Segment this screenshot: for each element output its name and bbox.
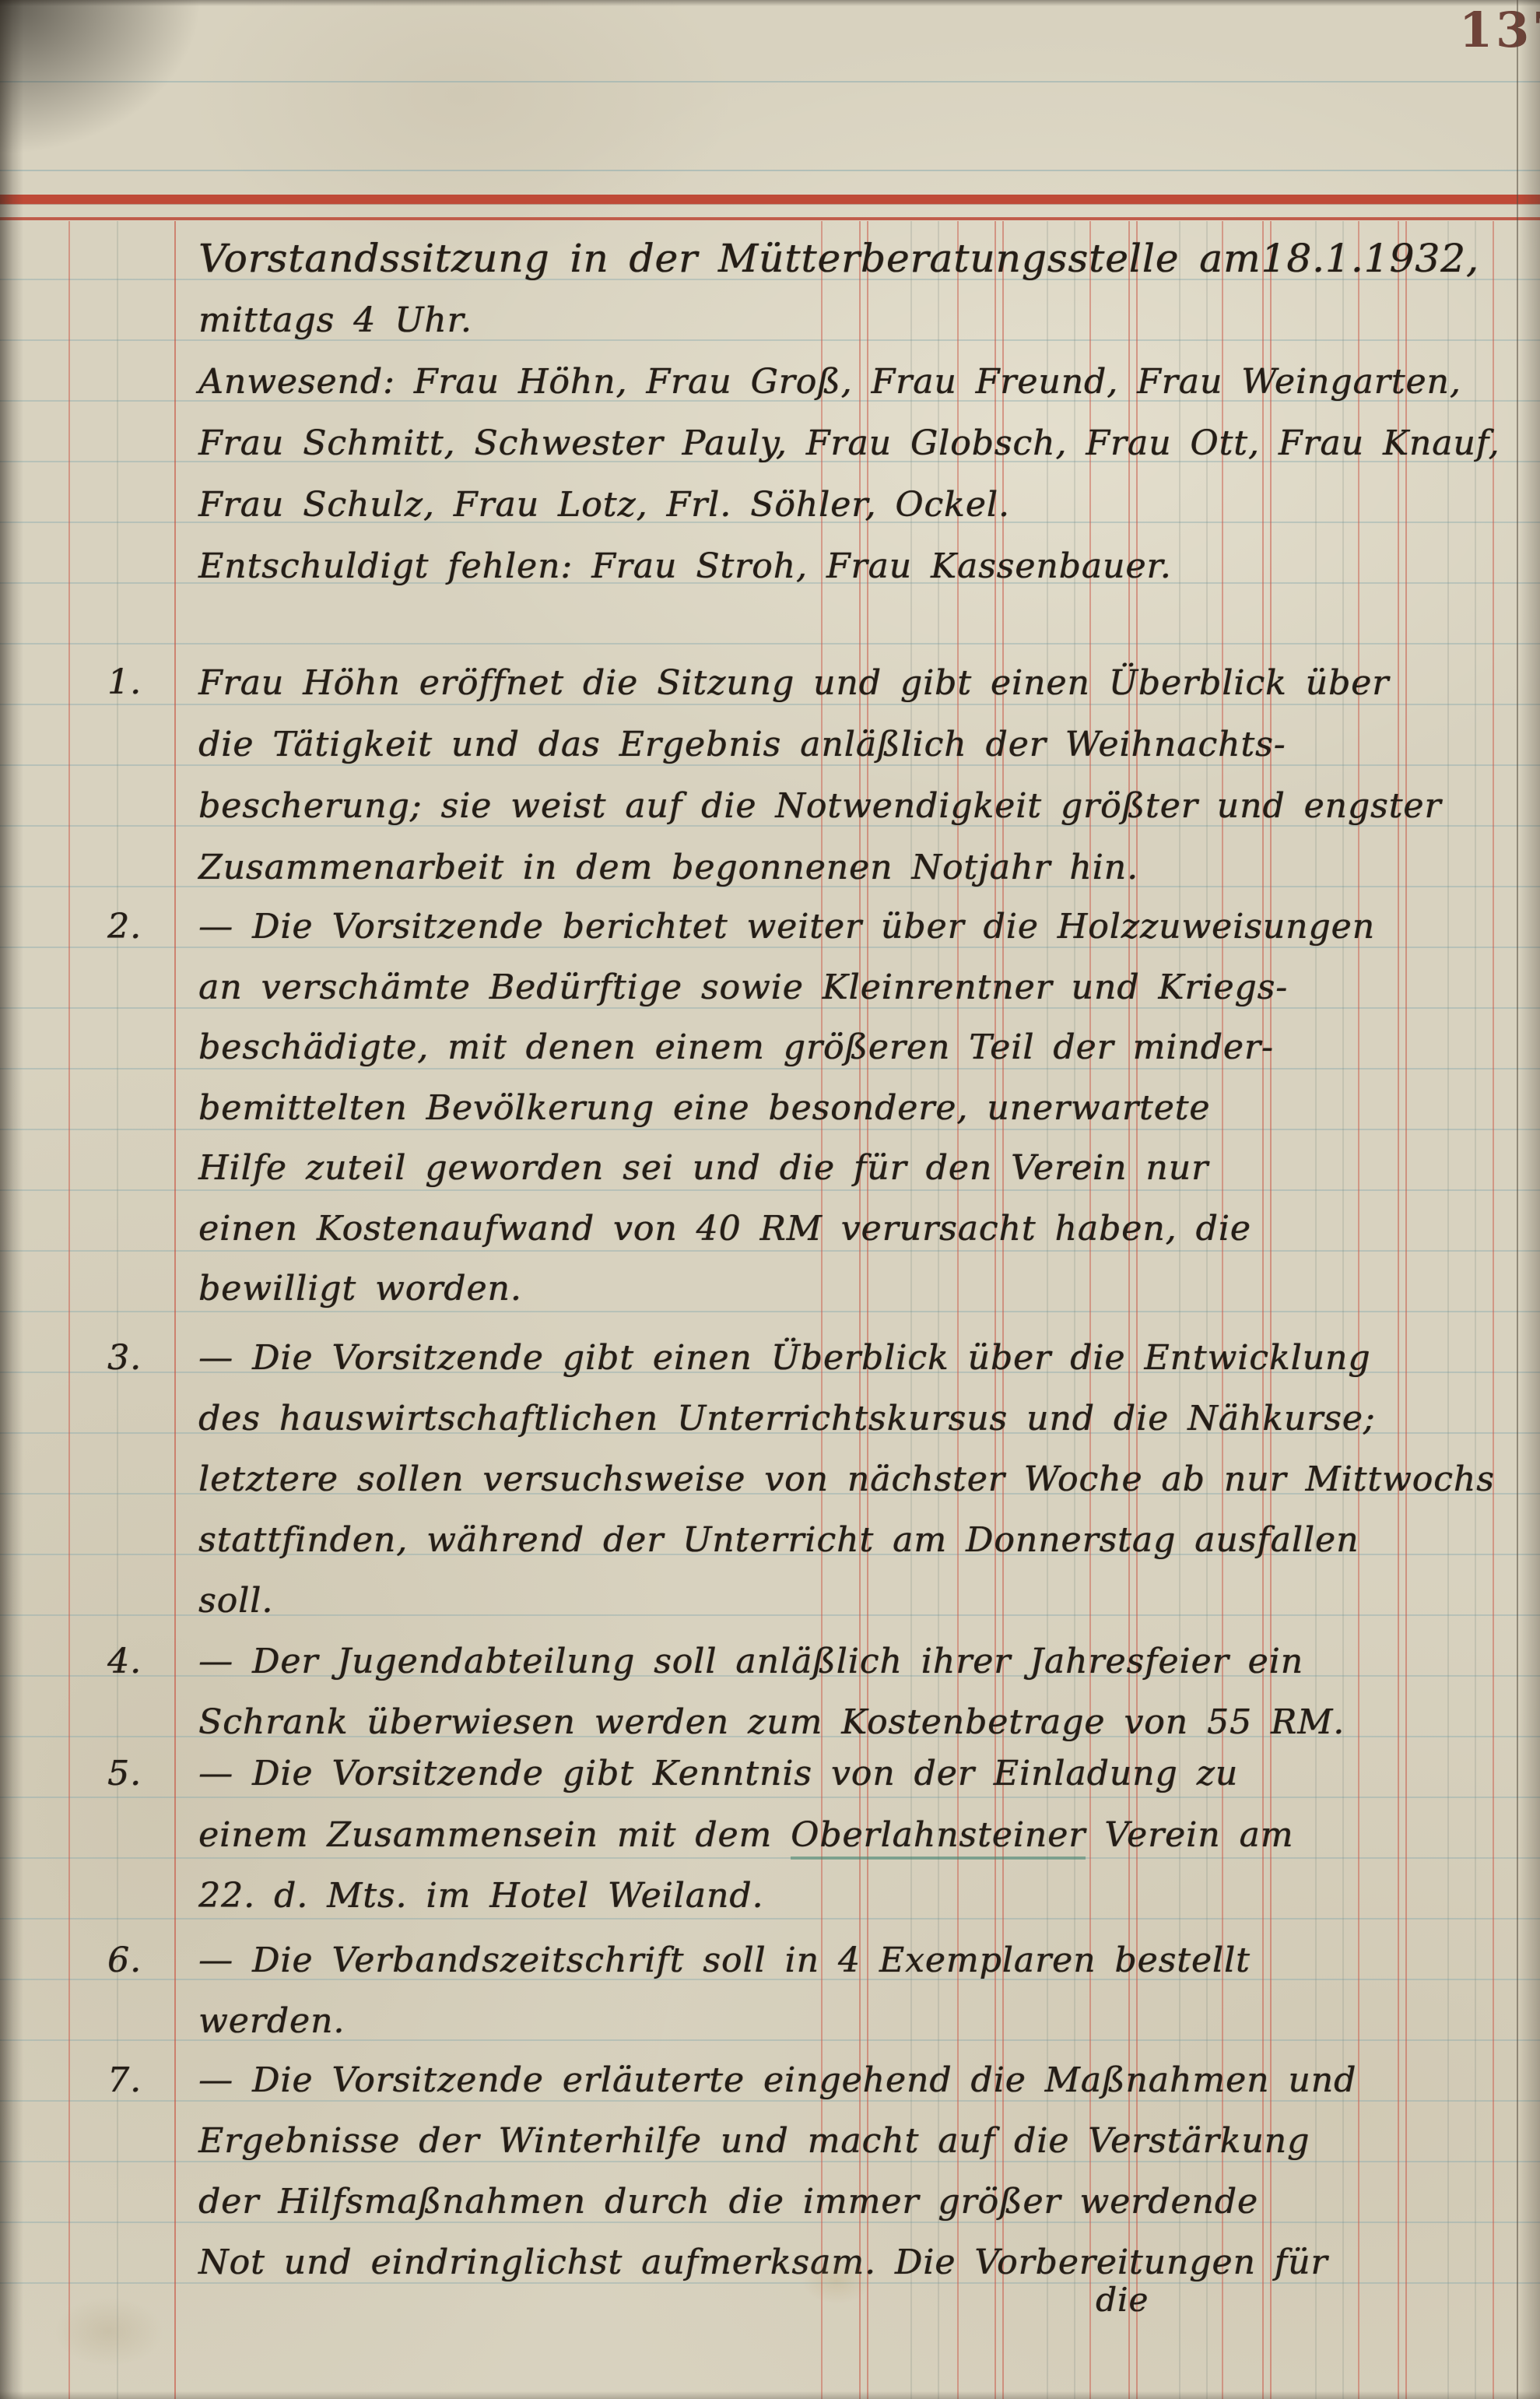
minute-item-7: 7. — Die Vorsitzende erläuterte eingehen… (86, 2050, 1533, 2293)
excused-line: Entschuldigt fehlen: Frau Stroh, Frau Ka… (198, 536, 1521, 597)
binding-edge-shadow (0, 0, 23, 2399)
catchword: die (1096, 2281, 1149, 2319)
ruled-line (0, 81, 1540, 83)
attendees-line: Anwesend: Frau Höhn, Frau Groß, Frau Fre… (198, 351, 1521, 413)
handwritten-line: — Der Jugendabteilung soll anläßlich ihr… (198, 1632, 1533, 1692)
minute-item-5: 5. — Die Vorsitzende gibt Kenntnis von d… (86, 1744, 1533, 1927)
handwritten-line: beschädigte, mit denen einem größeren Te… (198, 1017, 1533, 1078)
minute-item-2: 2. — Die Vorsitzende berichtet weiter üb… (86, 897, 1533, 1319)
handwritten-line: der Hilfsmaßnahmen durch die immer größe… (198, 2172, 1533, 2232)
handwritten-line: soll. (198, 1571, 1533, 1632)
attendees-line: Frau Schulz, Frau Lotz, Frl. Söhler, Ock… (198, 474, 1521, 536)
handwritten-line: bewilligt worden. (198, 1259, 1533, 1319)
paper-stain (54, 2296, 163, 2366)
scanned-ledger-page: 137 Vorstandssitzung in der Mütterberatu… (0, 0, 1540, 2399)
handwritten-line: bemittelten Bevölkerung eine besondere, … (198, 1078, 1533, 1139)
underlined-word: Oberlahnsteiner (791, 1815, 1086, 1860)
item-number: 5. (93, 1744, 156, 1804)
item-number: 7. (93, 2050, 156, 2111)
page-corner-shadow (0, 0, 202, 156)
minute-item-1: 1. Frau Höhn eröffnet die Sitzung und gi… (86, 652, 1533, 898)
item-number: 4. (93, 1632, 156, 1692)
margin-rule (68, 221, 70, 2399)
line-text: Verein am (1086, 1815, 1293, 1855)
minute-item-3: 3. — Die Vorsitzende gibt einen Überblic… (86, 1328, 1533, 1632)
handwritten-line: stattfinden, während der Unterricht am D… (198, 1510, 1533, 1571)
line-text: einem Zusammensein mit dem (198, 1815, 791, 1855)
header-line: mittags 4 Uhr. (198, 290, 1521, 351)
handwritten-line: Ergebnisse der Winterhilfe und macht auf… (198, 2111, 1533, 2172)
page-edge-bottom (0, 2391, 1540, 2399)
session-title: Vorstandssitzung in der Mütterberatungss… (198, 228, 1261, 290)
handwritten-line: einen Kostenaufwand von 40 RM verursacht… (198, 1199, 1533, 1259)
handwritten-line: einem Zusammensein mit dem Oberlahnstein… (198, 1805, 1533, 1867)
item-number: 1. (93, 652, 156, 713)
handwritten-line: — Die Vorsitzende erläuterte eingehend d… (198, 2050, 1533, 2111)
handwritten-line: — Die Vorsitzende gibt einen Überblick ü… (198, 1328, 1533, 1389)
handwritten-line: bescherung; sie weist auf die Notwendigk… (198, 775, 1533, 837)
handwritten-line: — Die Vorsitzende gibt Kenntnis von der … (198, 1744, 1533, 1805)
handwritten-line: an verschämte Bedürftige sowie Kleinrent… (198, 957, 1533, 1018)
red-head-rule-thin (0, 217, 1540, 220)
handwritten-line: — Die Vorsitzende berichtet weiter über … (198, 897, 1533, 957)
minute-item-4: 4. — Der Jugendabteilung soll anläßlich … (86, 1632, 1533, 1753)
ruled-line (0, 170, 1540, 171)
handwritten-line: Hilfe zuteil geworden sei und die für de… (198, 1138, 1533, 1199)
minutes-header: Vorstandssitzung in der Mütterberatungss… (198, 228, 1521, 597)
minute-item-6: 6. — Die Verbandszeitschrift soll in 4 E… (86, 1930, 1533, 2052)
handwritten-line: — Die Verbandszeitschrift soll in 4 Exem… (198, 1930, 1533, 1991)
item-number: 3. (93, 1328, 156, 1389)
handwritten-line: letztere sollen versuchsweise von nächst… (198, 1449, 1533, 1510)
page-edge-right (1517, 0, 1540, 2399)
item-number: 2. (93, 897, 156, 957)
handwritten-line: Frau Höhn eröffnet die Sitzung und gibt … (198, 652, 1533, 714)
handwritten-line: des hauswirtschaftlichen Unterrichtskurs… (198, 1389, 1533, 1449)
handwritten-line: die Tätigkeit und das Ergebnis anläßlich… (198, 714, 1533, 775)
red-head-rule-thick (0, 195, 1540, 204)
handwritten-line: 22. d. Mts. im Hotel Weiland. (198, 1866, 1533, 1927)
page-edge-top (0, 0, 1540, 6)
item-number: 6. (93, 1930, 156, 1991)
session-date: 18.1.1932, (1261, 228, 1479, 290)
handwritten-line: werden. (198, 1991, 1533, 2052)
paper-stain (802, 2257, 872, 2304)
attendees-line: Frau Schmitt, Schwester Pauly, Frau Glob… (198, 413, 1521, 474)
header-title-line: Vorstandssitzung in der Mütterberatungss… (198, 228, 1171, 290)
handwritten-line: Zusammenarbeit in dem begonnenen Notjahr… (198, 837, 1533, 898)
